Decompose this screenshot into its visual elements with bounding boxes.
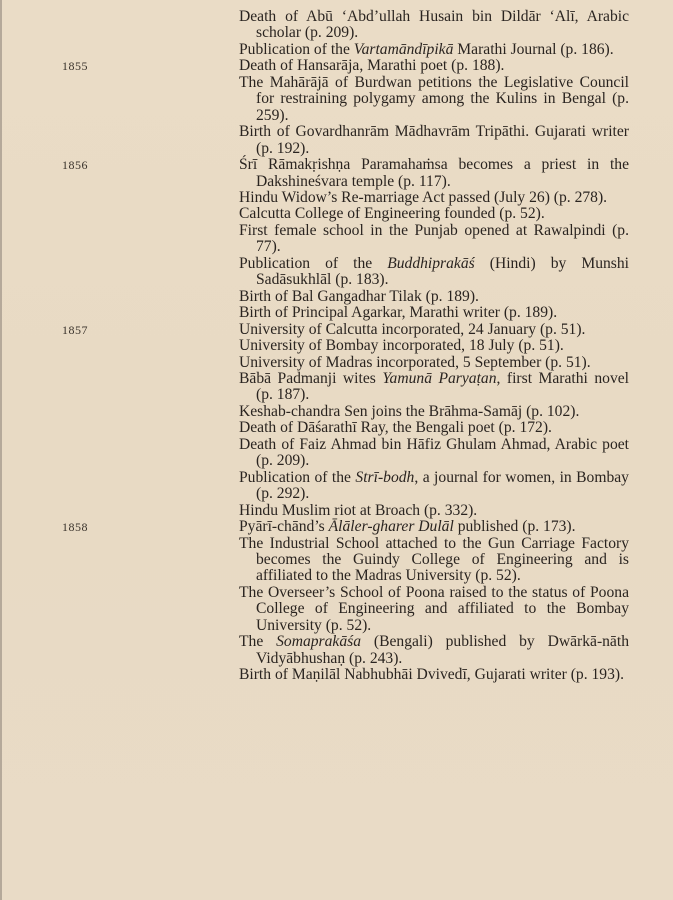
entry-text: University of Bombay incorporated, 18 Ju… [239,337,564,354]
entry-text: The Industrial School attached to the Gu… [239,535,629,585]
italic-title: Vartamāndīpikā [354,41,454,58]
entry-text: The Overseer’s School of Poona raised to… [239,584,629,634]
entry-text: Birth of Principal Agarkar, Marathi writ… [239,304,557,321]
chronology-entry: Publication of the Strī-bodh, a journal … [239,470,629,503]
book-page: Death of Abū ‘Abd’ullah Husain bin Dildā… [0,0,673,900]
chronology-entry: Śrī Rāmakṛishṇa Paramahaṁsa becomes a pr… [239,157,629,190]
italic-title: Ālāler-gharer Dulāl [329,518,454,535]
year-group: 1856Śrī Rāmakṛishṇa Paramahaṁsa becomes … [2,157,673,322]
year-label: 1857 [62,322,88,338]
year-label: 1855 [62,58,88,74]
entry-text: First female school in the Punjab opened… [239,222,629,255]
year-group: 1858Pyārī-chānd’s Ālāler-gharer Dulāl pu… [2,519,673,684]
chronology-entry: Publication of the Vartamāndīpikā Marath… [239,42,629,58]
chronology-entry: Death of Hansarāja, Marathi poet (p. 188… [239,58,629,74]
entry-text: Śrī Rāmakṛishṇa Paramahaṁsa becomes a pr… [239,156,629,189]
chronology-entry: Hindu Widow’s Re-marriage Act passed (Ju… [239,190,629,206]
entry-text: Keshab-chandra Sen joins the Brāhma-Samā… [239,403,579,420]
entry-text: Birth of Maṇilāl Nabhubhāi Dvivedī, Guja… [239,666,624,683]
entry-text: Calcutta College of Engineering founded … [239,205,545,222]
entry-text: University of Calcutta incorporated, 24 … [239,321,585,338]
chronology-entry: The Industrial School attached to the Gu… [239,536,629,585]
chronology-entry: University of Bombay incorporated, 18 Ju… [239,338,629,354]
entry-text: University of Madras incorporated, 5 Sep… [239,354,591,371]
chronology-entry: Bābā Padmanji wites Yamunā Paryaṭan, fir… [239,371,629,404]
entry-text: Publication of the [239,469,355,486]
entry-text: Birth of Bal Gangadhar Tilak (p. 189). [239,288,479,305]
year-group: 1855Death of Hansarāja, Marathi poet (p.… [2,58,673,157]
chronology-entry: Death of Abū ‘Abd’ullah Husain bin Dildā… [239,9,629,42]
chronology-entry: University of Madras incorporated, 5 Sep… [239,355,629,371]
chronology-entry: First female school in the Punjab opened… [239,223,629,256]
entry-text: Publication of the [239,255,387,272]
italic-title: Yamunā Paryaṭan [382,370,496,387]
chronology-entry: Birth of Bal Gangadhar Tilak (p. 189). [239,289,629,305]
entry-text: Publication of the [239,41,354,58]
entry-text: Bābā Padmanji wites [239,370,382,387]
chronology-entry: Death of Faiz Ahmad bin Hāfiz Ghulam Ahm… [239,437,629,470]
entry-text: Death of Hansarāja, Marathi poet (p. 188… [239,57,504,74]
entry-text: Death of Dāśarathī Ray, the Bengali poet… [239,419,552,436]
chronology-list: Death of Abū ‘Abd’ullah Husain bin Dildā… [2,9,673,684]
entry-text: Marathi Journal (p. 186). [453,41,613,58]
chronology-entry: Death of Dāśarathī Ray, the Bengali poet… [239,420,629,436]
chronology-entry: Birth of Govardhanrām Mādhavrām Tripāthi… [239,124,629,157]
chronology-entry: Hindu Muslim riot at Broach (p. 332). [239,503,629,519]
year-group: 1857University of Calcutta incorporated,… [2,322,673,519]
chronology-entry: Birth of Principal Agarkar, Marathi writ… [239,305,629,321]
year-group: Death of Abū ‘Abd’ullah Husain bin Dildā… [2,9,673,58]
italic-title: Buddhiprakāś [387,255,475,272]
entry-text: Birth of Govardhanrām Mādhavrām Tripāthi… [239,123,629,156]
italic-title: Somaprakāśa [276,633,361,650]
entry-text: Death of Abū ‘Abd’ullah Husain bin Dildā… [239,8,629,41]
chronology-entry: Birth of Maṇilāl Nabhubhāi Dvivedī, Guja… [239,667,629,683]
entry-text: Death of Faiz Ahmad bin Hāfiz Ghulam Ahm… [239,436,629,469]
entry-text: published (p. 173). [454,518,576,535]
entry-text: Hindu Muslim riot at Broach (p. 332). [239,502,477,519]
chronology-entry: Calcutta College of Engineering founded … [239,206,629,222]
chronology-entry: Publication of the Buddhiprakāś (Hindi) … [239,256,629,289]
year-label: 1856 [62,157,88,173]
chronology-entry: Keshab-chandra Sen joins the Brāhma-Samā… [239,404,629,420]
chronology-entry: Pyārī-chānd’s Ālāler-gharer Dulāl publis… [239,519,629,535]
chronology-entry: The Somaprakāśa (Bengali) published by D… [239,634,629,667]
italic-title: Strī-bodh [355,469,414,486]
entry-text: The Mahārājā of Burdwan petitions the Le… [239,74,629,124]
year-label: 1858 [62,519,88,535]
chronology-entry: University of Calcutta incorporated, 24 … [239,322,629,338]
chronology-entry: The Mahārājā of Burdwan petitions the Le… [239,75,629,124]
entry-text: Hindu Widow’s Re-marriage Act passed (Ju… [239,189,607,206]
chronology-entry: The Overseer’s School of Poona raised to… [239,585,629,634]
entry-text: Pyārī-chānd’s [239,518,329,535]
entry-text: The [239,633,276,650]
